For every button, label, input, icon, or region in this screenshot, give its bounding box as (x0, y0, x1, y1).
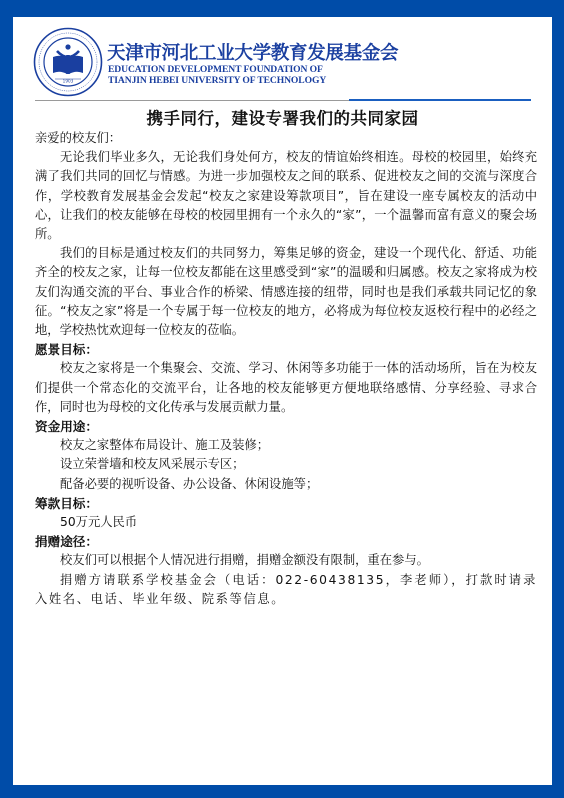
funds-use-item: 配备必要的视听设备、办公设备、休闲设施等； (35, 475, 537, 494)
goal-amount: 50万元人民币 (35, 513, 537, 532)
org-name-en-line2: TIANJIN HEBEI UNIVERSITY OF TECHNOLOGY (108, 75, 326, 86)
org-name-cn: 天津市河北工业大学教育发展基金会 (107, 39, 398, 65)
vision-text: 校友之家将是一个集聚会、交流、学习、休闲等多功能于一体的活动场所，旨在为校友们提… (35, 359, 537, 417)
document-body: 亲爱的校友们： 无论我们毕业多久，无论我们身处何方，校友的情谊始终相连。母校的校… (35, 129, 537, 609)
funds-use-item: 校友之家整体布局设计、施工及装修； (35, 436, 537, 455)
donation-text-1: 校友们可以根据个人情况进行捐赠，捐赠金额没有限制，重在参与。 (35, 551, 537, 570)
poster-panel: 1903 天津市河北工业大学教育发展基金会 EDUCATION DEVELOPM… (13, 17, 552, 785)
section-heading-donation: 捐赠途径： (35, 532, 537, 551)
foundation-seal-icon: 1903 (33, 27, 103, 97)
org-name-en-line1: EDUCATION DEVELOPMENT FOUNDATION OF (108, 64, 323, 75)
donation-contact-text: 捐赠方请联系学校基金会（电话：022-60438135，李老师），打款时请录入姓… (35, 571, 537, 609)
page-title: 携手同行，建设专署我们的共同家园 (13, 105, 552, 129)
header: 1903 天津市河北工业大学教育发展基金会 EDUCATION DEVELOPM… (33, 25, 353, 101)
section-heading-vision: 愿景目标： (35, 340, 537, 359)
intro-paragraph-2: 我们的目标是通过校友们的共同努力，筹集足够的资金，建设一个现代化、舒适、功能齐全… (35, 244, 537, 340)
section-heading-funds-use: 资金用途： (35, 417, 537, 436)
section-heading-goal: 筹款目标： (35, 494, 537, 513)
svg-text:1903: 1903 (63, 79, 74, 84)
intro-paragraph-1: 无论我们毕业多久，无论我们身处何方，校友的情谊始终相连。母校的校园里，始终充满了… (35, 148, 537, 244)
funds-use-item: 设立荣誉墙和校友风采展示专区； (35, 455, 537, 474)
header-divider-gray (35, 100, 349, 101)
salutation: 亲爱的校友们： (35, 129, 537, 148)
header-divider-blue (349, 99, 531, 101)
